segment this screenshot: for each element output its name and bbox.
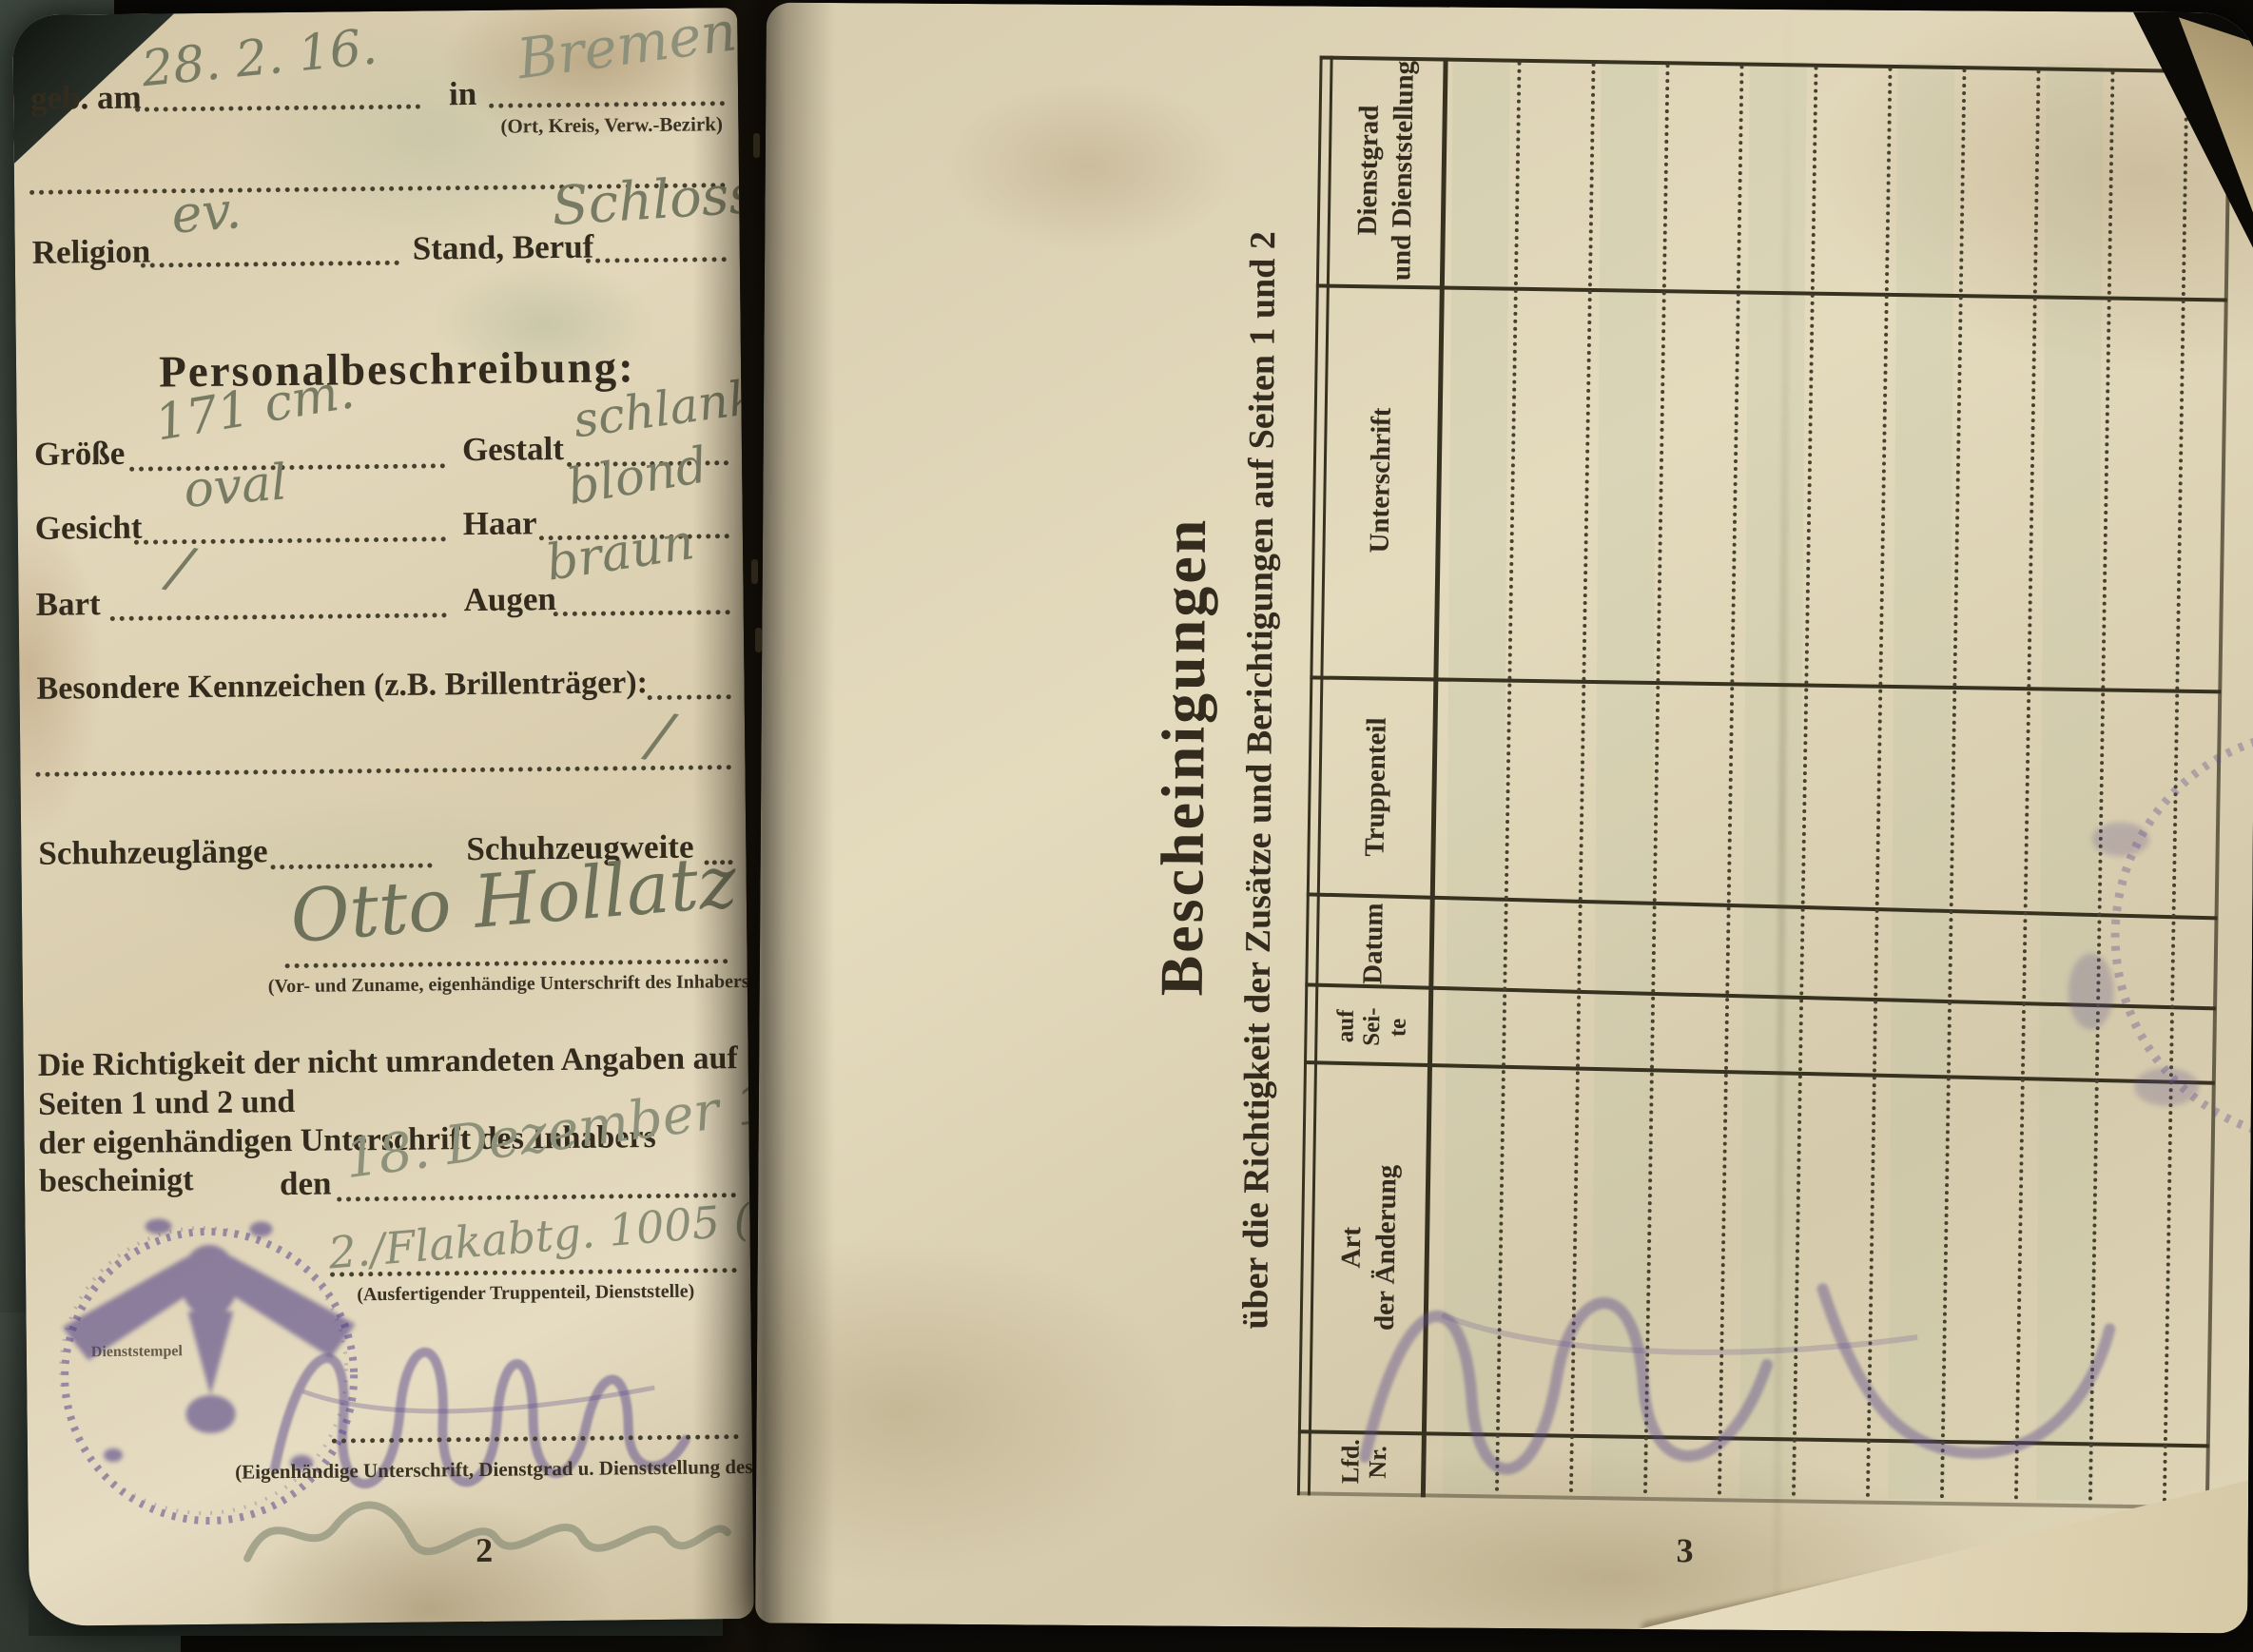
dotted-line xyxy=(110,612,447,621)
schuhlaenge-label: Schuhzeuglänge xyxy=(38,832,268,873)
binding-stitch xyxy=(755,628,762,652)
dotted-line xyxy=(285,959,728,968)
header-unterschrift: Unterschrift xyxy=(1321,284,1439,678)
bart-label: Bart xyxy=(35,585,100,624)
page-2: geb. am 28. 2. 16. in Bremen (Ort, Kreis… xyxy=(12,8,754,1626)
header-datum: Datum xyxy=(1316,898,1429,990)
dotted-line xyxy=(35,765,731,777)
geb-am-label: geb. am xyxy=(30,79,142,118)
dotted-line xyxy=(135,105,420,112)
dotted-line xyxy=(554,610,730,616)
page-number-left: 2 xyxy=(476,1530,493,1570)
owner-signature-caption: (Vor- und Zuname, eigenhändige Unterschr… xyxy=(268,971,754,998)
header-auf-seite: auf Sei- te xyxy=(1315,988,1428,1066)
soldbuch-scan: { "colors": { "paper_left": "#dcd1b3", "… xyxy=(0,0,2253,1652)
binding-stitch xyxy=(751,559,758,584)
dotted-line xyxy=(648,694,731,700)
dotted-line xyxy=(489,101,725,108)
purple-signature-scrawl xyxy=(1327,1200,2204,1548)
gestalt-label: Gestalt xyxy=(462,430,564,469)
dotted-line xyxy=(586,257,727,263)
gesicht-handwriting: oval xyxy=(182,454,289,518)
row-divider xyxy=(1316,283,2227,301)
birth-date-handwriting: 28. 2. 16. xyxy=(139,18,379,98)
binding-stitch xyxy=(753,133,760,158)
in-label: in xyxy=(449,75,477,113)
table-border-top xyxy=(1320,55,2231,73)
haar-label: Haar xyxy=(463,504,537,543)
religion-label: Religion xyxy=(32,233,151,272)
augen-handwriting: braun xyxy=(542,514,697,593)
augen-label: Augen xyxy=(463,580,556,619)
haar-handwriting: blond xyxy=(563,437,711,516)
religion-handwriting: ev. xyxy=(169,180,243,245)
beruf-handwriting: Schlosser xyxy=(550,160,753,238)
stamp-fragment xyxy=(2004,706,2253,1164)
dotted-line xyxy=(141,261,399,268)
birth-place-handwriting: Bremen xyxy=(514,8,740,91)
header-truppenteil: Truppenteil xyxy=(1318,676,1434,900)
header-dienstgrad: Dienstgrad und Dienststellung xyxy=(1328,56,1444,286)
owner-signature: Otto Hollatz xyxy=(287,839,739,959)
groesse-label: Größe xyxy=(34,435,126,474)
dotted-line xyxy=(129,463,445,471)
kennzeichen-handwriting: / xyxy=(644,700,675,773)
page-3: Bescheinigungen über die Richtigkeit der… xyxy=(755,3,2253,1634)
gesicht-label: Gesicht xyxy=(35,509,143,548)
kennzeichen-label: Besondere Kennzeichen (z.B. Brillenträge… xyxy=(36,665,648,708)
page-number-right: 3 xyxy=(1676,1530,1693,1570)
ort-kreis-caption: (Ort, Kreis, Verw.-Bezirk) xyxy=(500,112,723,138)
row-divider xyxy=(1310,675,2221,693)
